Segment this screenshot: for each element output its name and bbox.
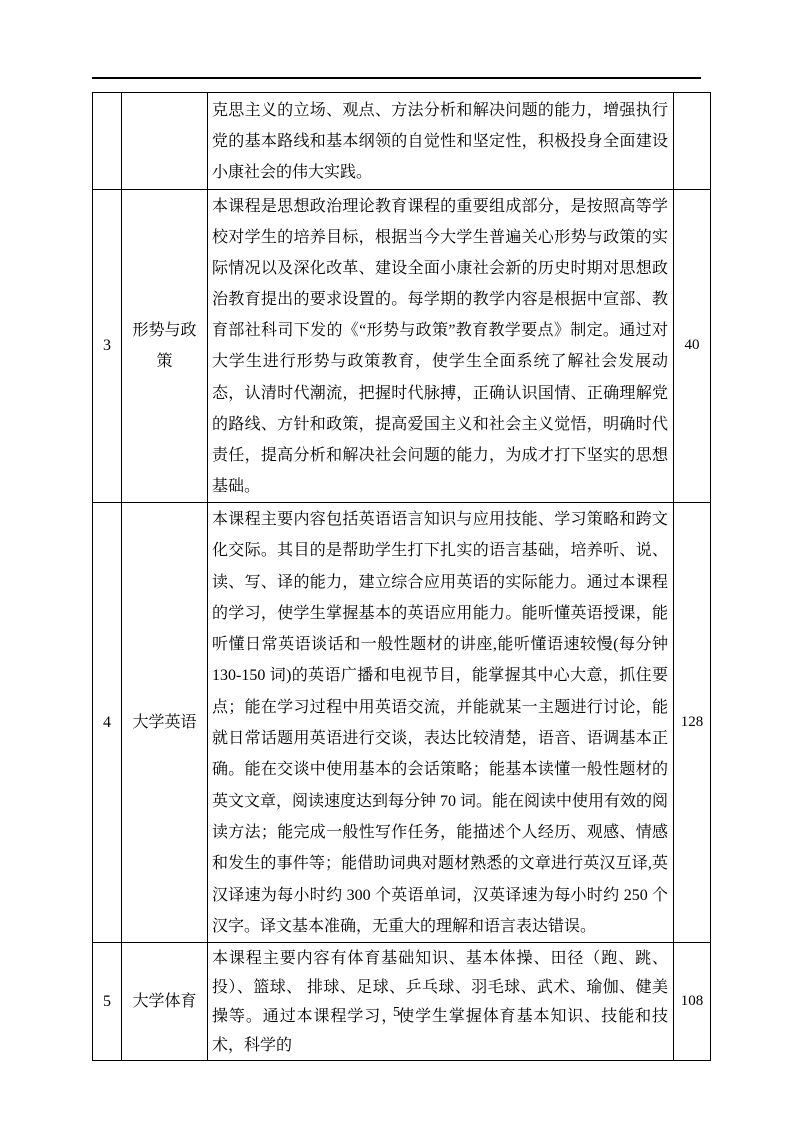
- course-description-cell: 克思主义的立场、观点、方法分析和解决问题的能力，增强执行党的基本路线和基本纲领的…: [208, 93, 674, 190]
- table-row: 克思主义的立场、观点、方法分析和解决问题的能力，增强执行党的基本路线和基本纲领的…: [93, 93, 711, 190]
- course-number-cell: 3: [93, 190, 122, 503]
- course-hours-cell: 40: [674, 190, 711, 503]
- course-hours-cell: 128: [674, 502, 711, 942]
- course-description-cell: 本课程主要内容有体育基础知识、基本体操、田径（跑、跳、投）、篮球、 排球、足球、…: [208, 943, 674, 1061]
- page-number: 5: [0, 1005, 793, 1021]
- course-name-cell: 形势与政策: [122, 190, 208, 503]
- course-name-cell: 大学体育: [122, 943, 208, 1061]
- table-row: 4 大学英语 本课程主要内容包括英语语言知识与应用技能、学习策略和跨文化交际。其…: [93, 502, 711, 942]
- course-description-cell: 本课程是思想政治理论教育课程的重要组成部分，是按照高等学校对学生的培养目标，根据…: [208, 190, 674, 503]
- course-number-cell: 4: [93, 502, 122, 942]
- header-rule: [92, 77, 701, 79]
- document-page: 克思主义的立场、观点、方法分析和解决问题的能力，增强执行党的基本路线和基本纲领的…: [0, 0, 793, 1122]
- course-hours-cell: 108: [674, 943, 711, 1061]
- course-description-cell: 本课程主要内容包括英语语言知识与应用技能、学习策略和跨文化交际。其目的是帮助学生…: [208, 502, 674, 942]
- course-number-cell: 5: [93, 943, 122, 1061]
- course-number-cell: [93, 93, 122, 190]
- course-table: 克思主义的立场、观点、方法分析和解决问题的能力，增强执行党的基本路线和基本纲领的…: [92, 92, 711, 1061]
- course-name-cell: [122, 93, 208, 190]
- course-hours-cell: [674, 93, 711, 190]
- table-row: 5 大学体育 本课程主要内容有体育基础知识、基本体操、田径（跑、跳、投）、篮球、…: [93, 943, 711, 1061]
- course-name-cell: 大学英语: [122, 502, 208, 942]
- table-row: 3 形势与政策 本课程是思想政治理论教育课程的重要组成部分，是按照高等学校对学生…: [93, 190, 711, 503]
